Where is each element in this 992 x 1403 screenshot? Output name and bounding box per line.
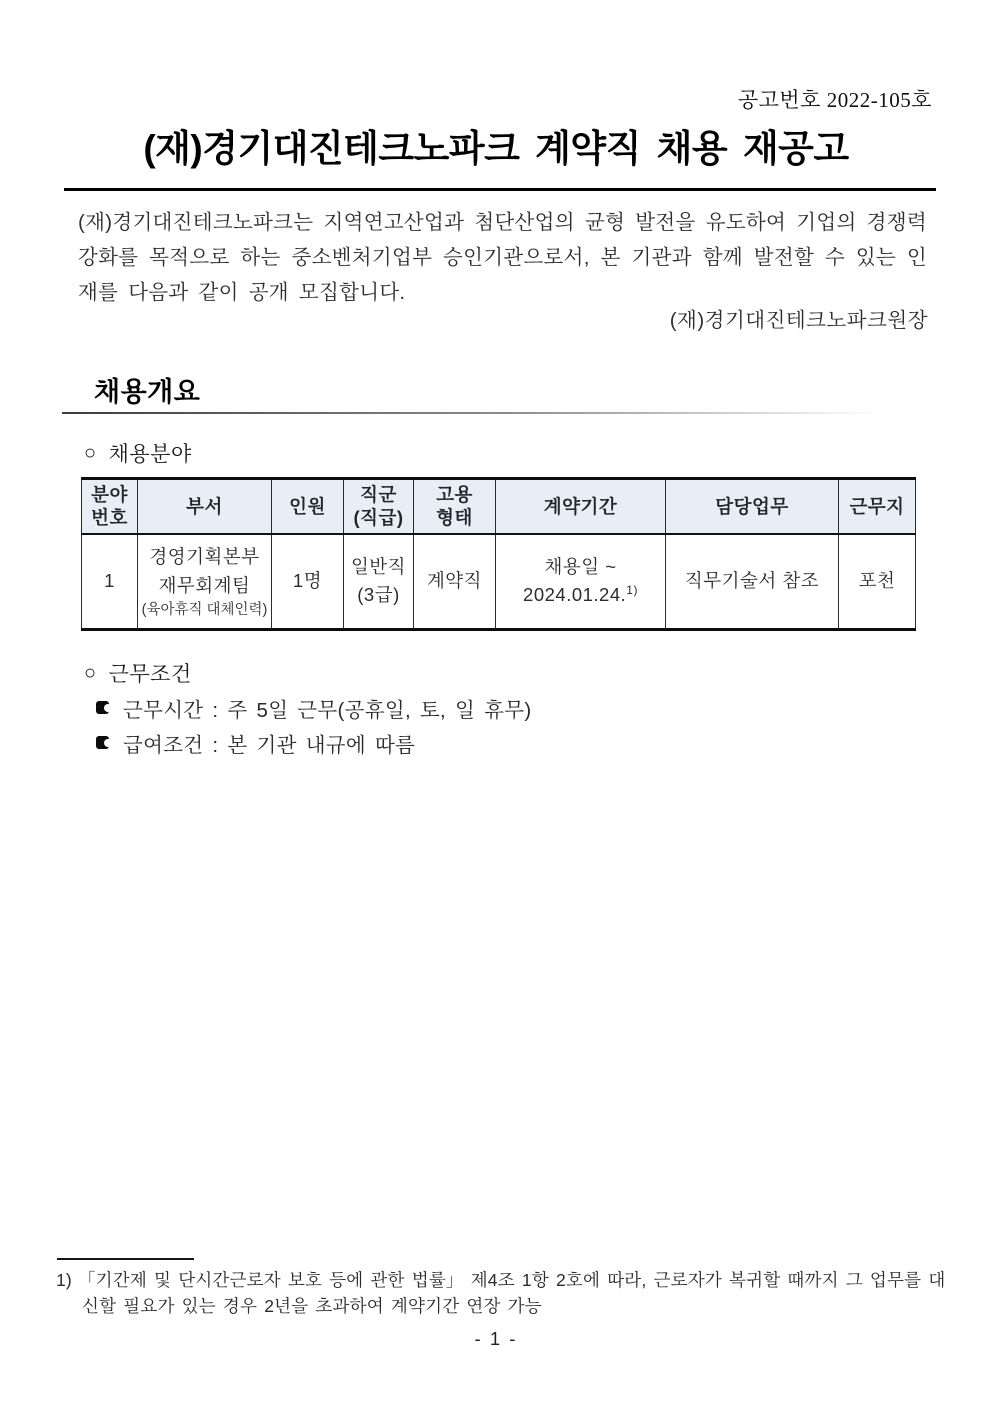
cell-field-no: 1 [82,534,138,630]
cell-department: 경영기획본부 재무회계팀 (육아휴직 대체인력) [138,534,272,630]
page-number: - 1 - [0,1328,992,1350]
heading-work-conditions: ○ 근무조건 [84,658,192,688]
footnote: 1)「기간제 및 단시간근로자 보호 등에 관한 법률」 제4조 1항 2호에 … [56,1267,962,1320]
document-title: (재)경기대진테크노파크 계약직 채용 재공고 [0,118,992,172]
contract-date: 2024.01.24. [523,584,626,605]
col-header-grade: 직군 (직급) [344,479,414,534]
cell-duty: 직무기술서 참조 [666,534,839,630]
cell-grade: 일반직 (3급) [344,534,414,630]
col-header-contract-period: 계약기간 [496,479,666,534]
col-header-employment-type: 고용 형태 [414,479,496,534]
cell-employment-type: 계약직 [414,534,496,630]
crescent-bullet-icon [96,701,109,714]
heading-recruit-field: ○ 채용분야 [84,438,192,468]
section-title-overview: 채용개요 [94,370,200,409]
contract-line1: 채용일 ~ [544,556,616,577]
footnote-divider [57,1258,194,1260]
list-item: 근무시간 : 주 5일 근무(공휴일, 토, 일 휴무) [96,690,531,725]
signature-line: (재)경기대진테크노파크원장 [670,303,928,333]
document-page: 공고번호 2022-105호 (재)경기대진테크노파크 계약직 채용 재공고 (… [0,0,992,1403]
title-divider-rule [64,188,936,191]
work-conditions-list: 근무시간 : 주 5일 근무(공휴일, 토, 일 휴무) 급여조건 : 본 기관… [96,690,531,760]
heading-work-conditions-label: 근무조건 [109,658,192,688]
col-header-location: 근무지 [839,479,916,534]
section-underline [62,412,882,414]
notice-number: 공고번호 2022-105호 [738,84,932,114]
crescent-bullet-icon [96,736,109,749]
cell-contract-period: 채용일 ~ 2024.01.24.1) [496,534,666,630]
circle-bullet-icon: ○ [84,662,97,685]
circle-bullet-icon: ○ [84,442,97,465]
department-line1: 경영기획본부 [149,546,259,567]
col-header-duty: 담당업무 [666,479,839,534]
recruit-table: 분야 번호 부서 인원 직군 (직급) 고용 형태 계약기간 담당업무 근무지 … [81,477,915,631]
work-hours-text: 근무시간 : 주 5일 근무(공휴일, 토, 일 휴무) [123,693,531,723]
department-line2: 재무회계팀 [159,575,251,596]
salary-text: 급여조건 : 본 기관 내규에 따름 [123,728,415,758]
col-header-headcount: 인원 [272,479,344,534]
footnote-reference: 1) [626,583,638,597]
table-header-row: 분야 번호 부서 인원 직군 (직급) 고용 형태 계약기간 담당업무 근무지 [82,479,916,534]
footnote-marker: 1) [56,1270,72,1290]
col-header-department: 부서 [138,479,272,534]
col-header-field-no: 분야 번호 [82,479,138,534]
intro-paragraph: (재)경기대진테크노파크는 지역연고산업과 첨단산업의 균형 발전을 유도하여 … [78,206,927,311]
list-item: 급여조건 : 본 기관 내규에 따름 [96,725,531,760]
cell-headcount: 1명 [272,534,344,630]
table-row: 1 경영기획본부 재무회계팀 (육아휴직 대체인력) 1명 일반직 (3급) 계… [82,534,916,630]
footnote-text: 「기간제 및 단시간근로자 보호 등에 관한 법률」 제4조 1항 2호에 따라… [78,1270,945,1316]
cell-location: 포천 [839,534,916,630]
department-note: (육아휴직 대체인력) [138,601,271,620]
heading-recruit-field-label: 채용분야 [109,438,192,468]
